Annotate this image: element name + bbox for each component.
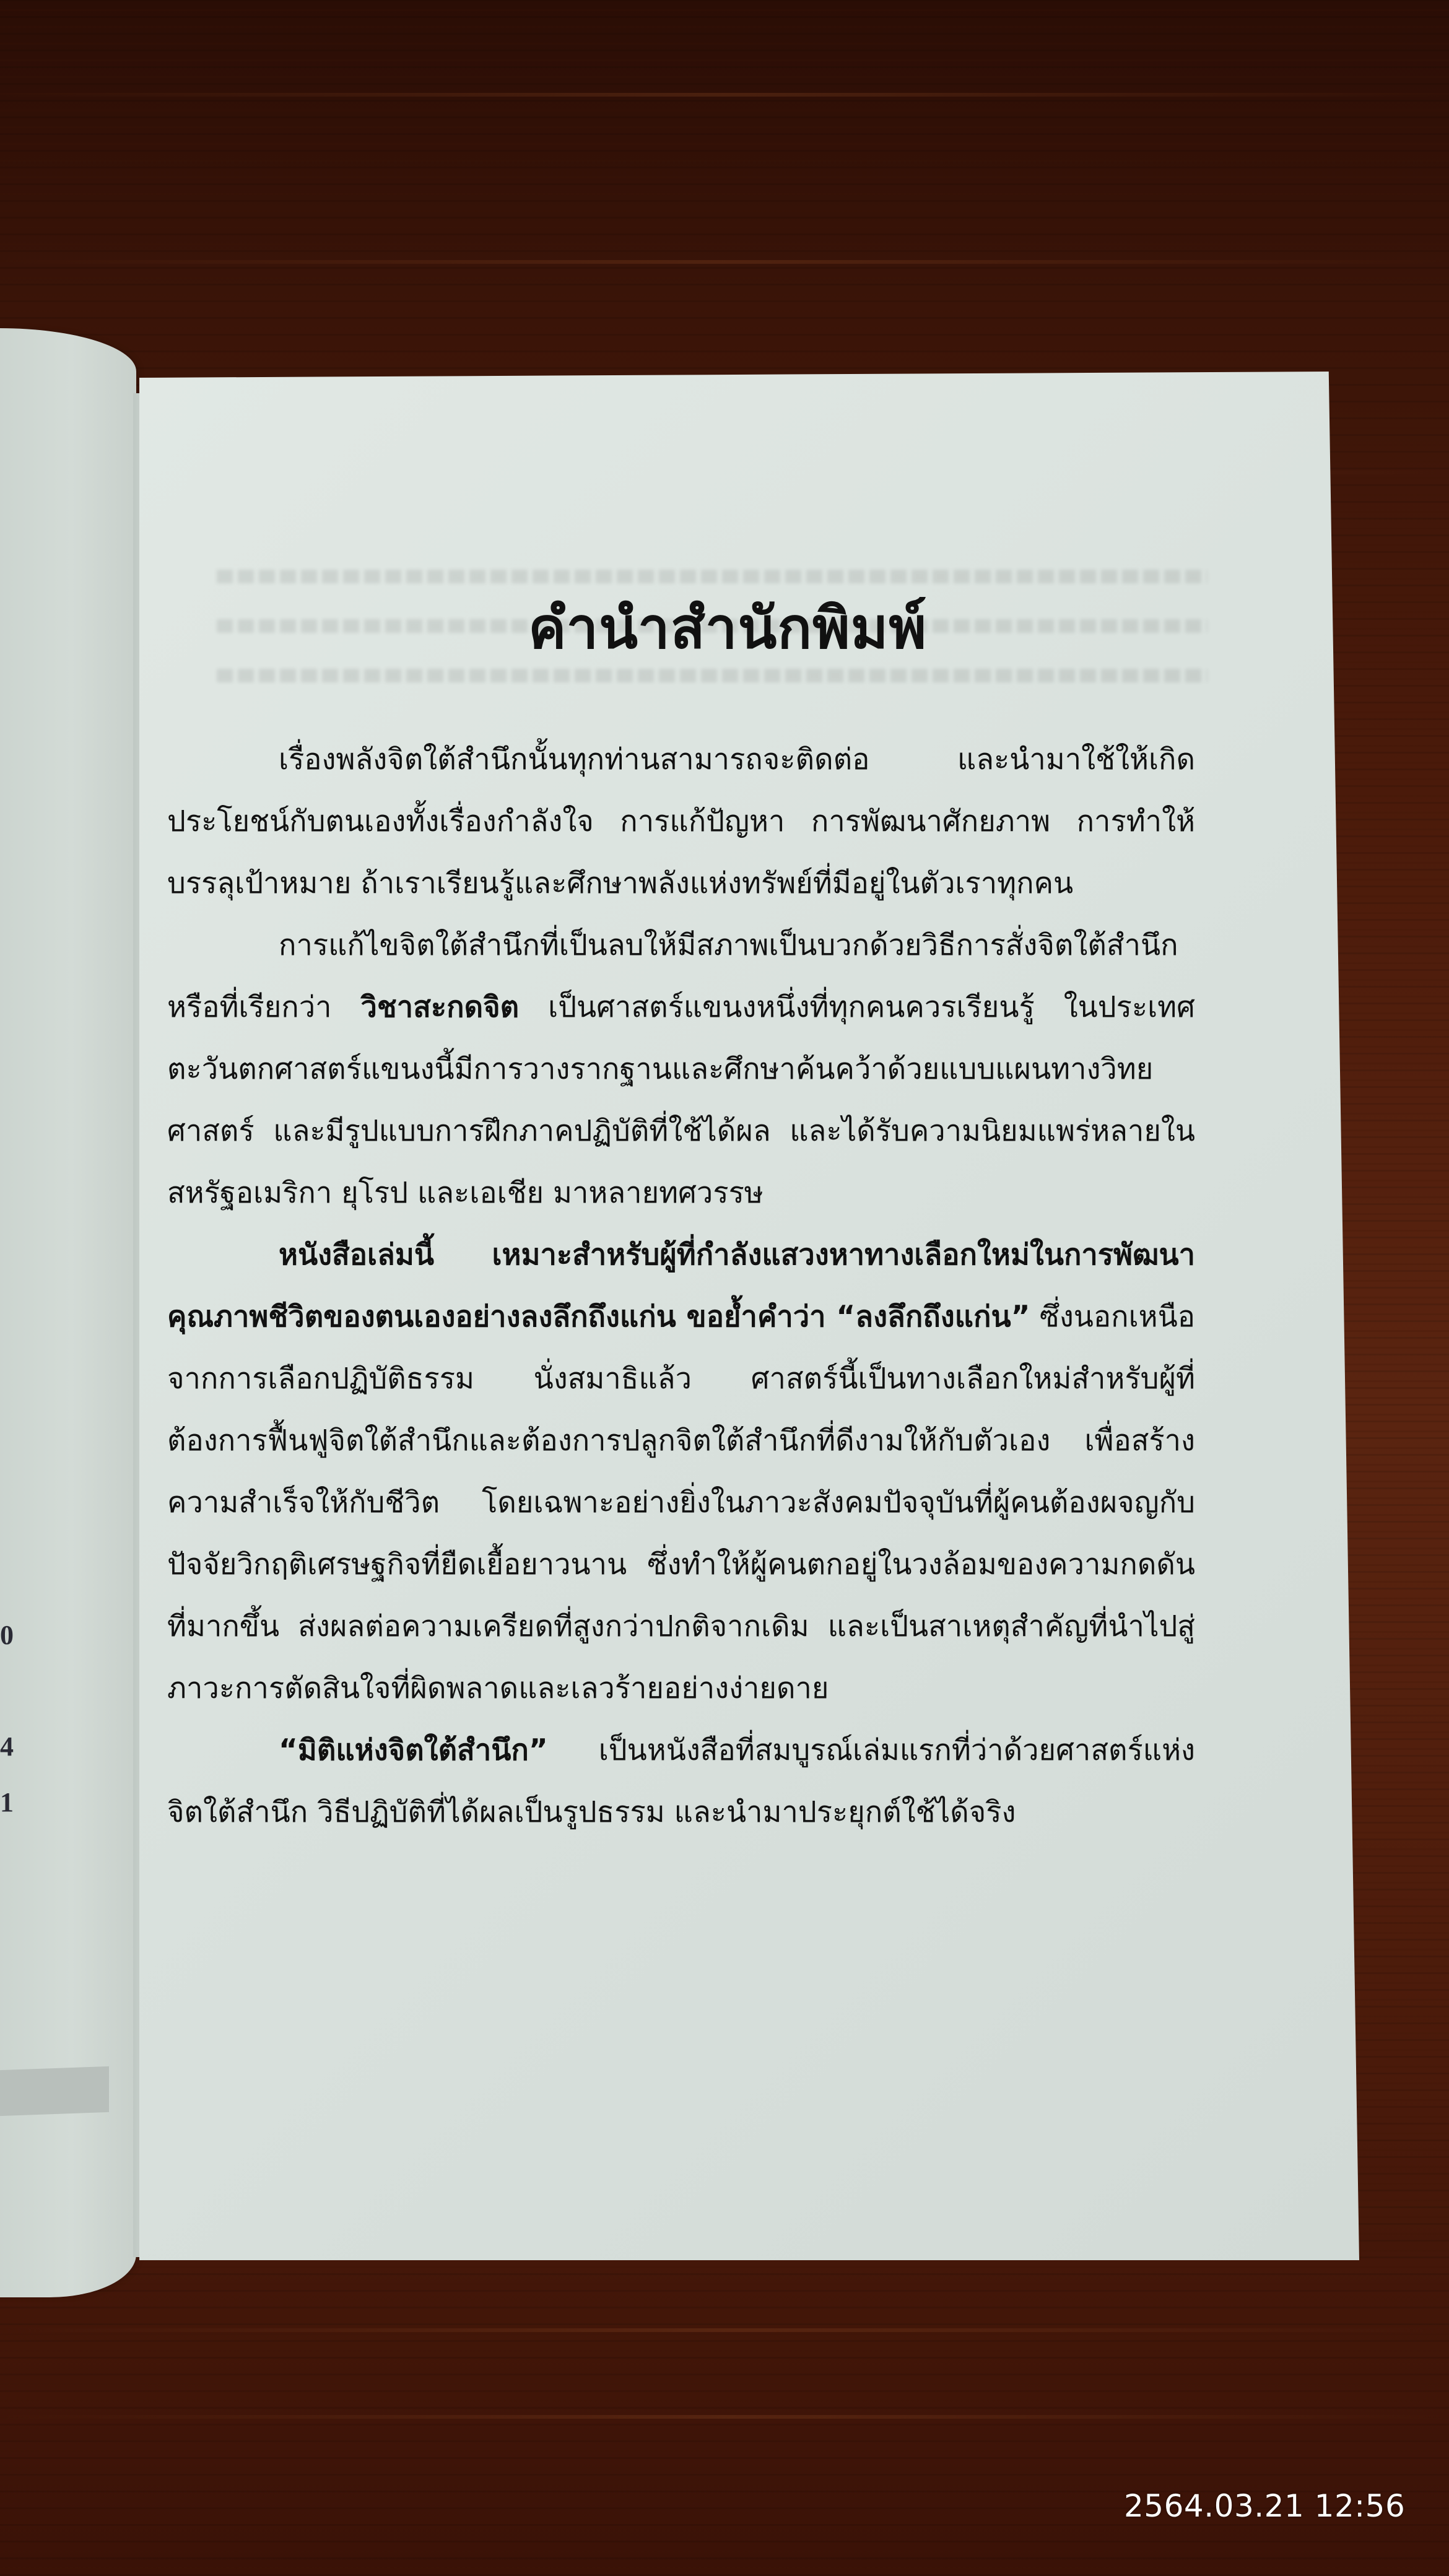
left-page-fragment: 1: [0, 1786, 14, 1818]
wood-grain: [0, 2415, 1449, 2419]
left-page-fragment: 0: [0, 1619, 14, 1651]
wood-grain: [0, 260, 1449, 264]
paragraph-3: หนังสือเล่มนี้ เหมาะสำหรับผู้ที่กำลังแสว…: [167, 1224, 1195, 1720]
paragraph-text: ซึ่งนอกเหนือจากการเลือกปฏิบัติธรรม นั่งส…: [167, 1300, 1195, 1705]
wood-grain: [0, 93, 1449, 97]
page-title: คำนำสำนักพิมพ์: [167, 582, 1195, 673]
paragraph-4: “มิติแห่งจิตใต้สำนึก” เป็นหนังสือที่สมบู…: [167, 1720, 1195, 1843]
left-page: 0 4 1: [0, 328, 136, 2297]
photo-timestamp: 2564.03.21 12:56: [1124, 2488, 1405, 2524]
book-title-quote: “มิติแห่งจิตใต้สำนึก”: [279, 1733, 548, 1767]
page-content: คำนำสำนักพิมพ์ เรื่องพลังจิตใต้สำนึกนั้น…: [167, 582, 1195, 1843]
left-page-gray-bar: [0, 2066, 109, 2116]
left-page-fragment: 4: [0, 1731, 14, 1762]
emphasized-term: วิชาสะกดจิต: [361, 990, 520, 1024]
paragraph-1: เรื่องพลังจิตใต้สำนึกนั้นทุกท่านสามารถจะ…: [167, 729, 1195, 915]
paragraph-2: การแก้ไขจิตใต้สำนึกที่เป็นลบให้มีสภาพเป็…: [167, 915, 1195, 1224]
wood-grain: [0, 2328, 1449, 2332]
paragraph-text: เรื่องพลังจิตใต้สำนึกนั้นทุกท่านสามารถจะ…: [167, 742, 1195, 900]
